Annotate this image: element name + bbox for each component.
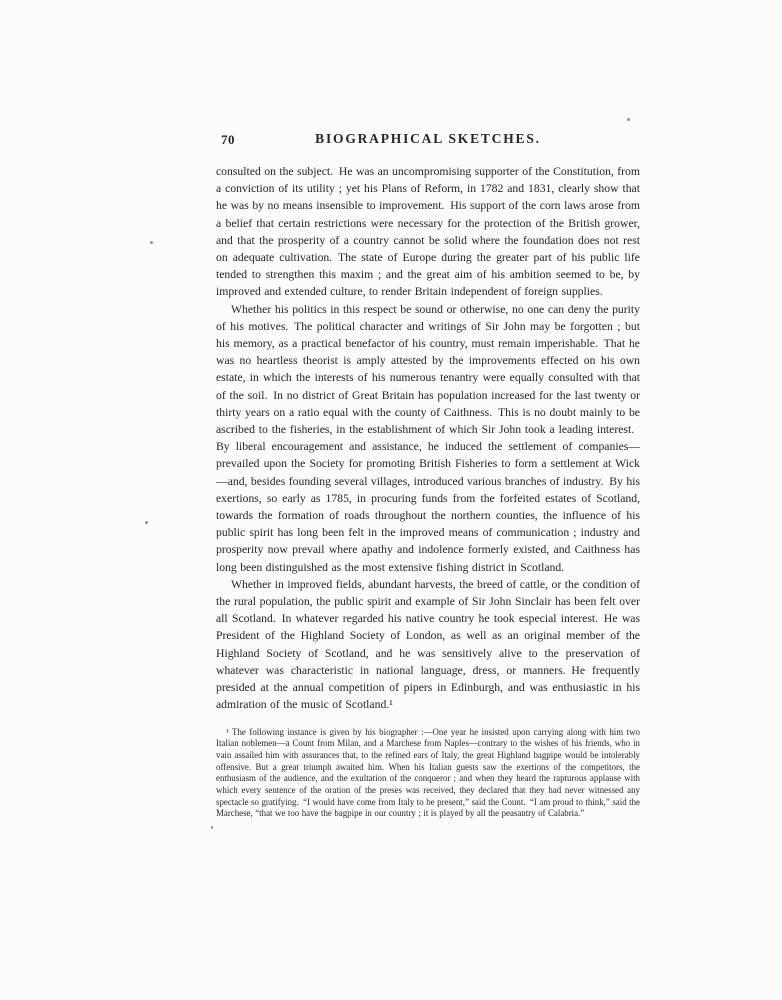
footnote: ¹ The following instance is given by his… <box>216 727 640 821</box>
scan-speck <box>627 118 630 121</box>
text-column: 70 BIOGRAPHICAL SKETCHES. consulted on t… <box>216 131 640 820</box>
scan-speck <box>145 521 148 524</box>
book-page: 70 BIOGRAPHICAL SKETCHES. consulted on t… <box>0 0 782 1000</box>
paragraph-3: Whether in improved fields, abundant har… <box>216 576 640 714</box>
page-number: 70 <box>221 132 235 148</box>
scan-speck <box>150 241 153 244</box>
paragraph-1: consulted on the subject. He was an unco… <box>216 163 640 301</box>
body-text: consulted on the subject. He was an unco… <box>216 163 640 714</box>
paragraph-2: Whether his politics in this respect be … <box>216 301 640 576</box>
page-header: 70 BIOGRAPHICAL SKETCHES. <box>216 131 640 148</box>
scan-speck <box>211 826 213 829</box>
running-head-title: BIOGRAPHICAL SKETCHES. <box>216 131 640 147</box>
